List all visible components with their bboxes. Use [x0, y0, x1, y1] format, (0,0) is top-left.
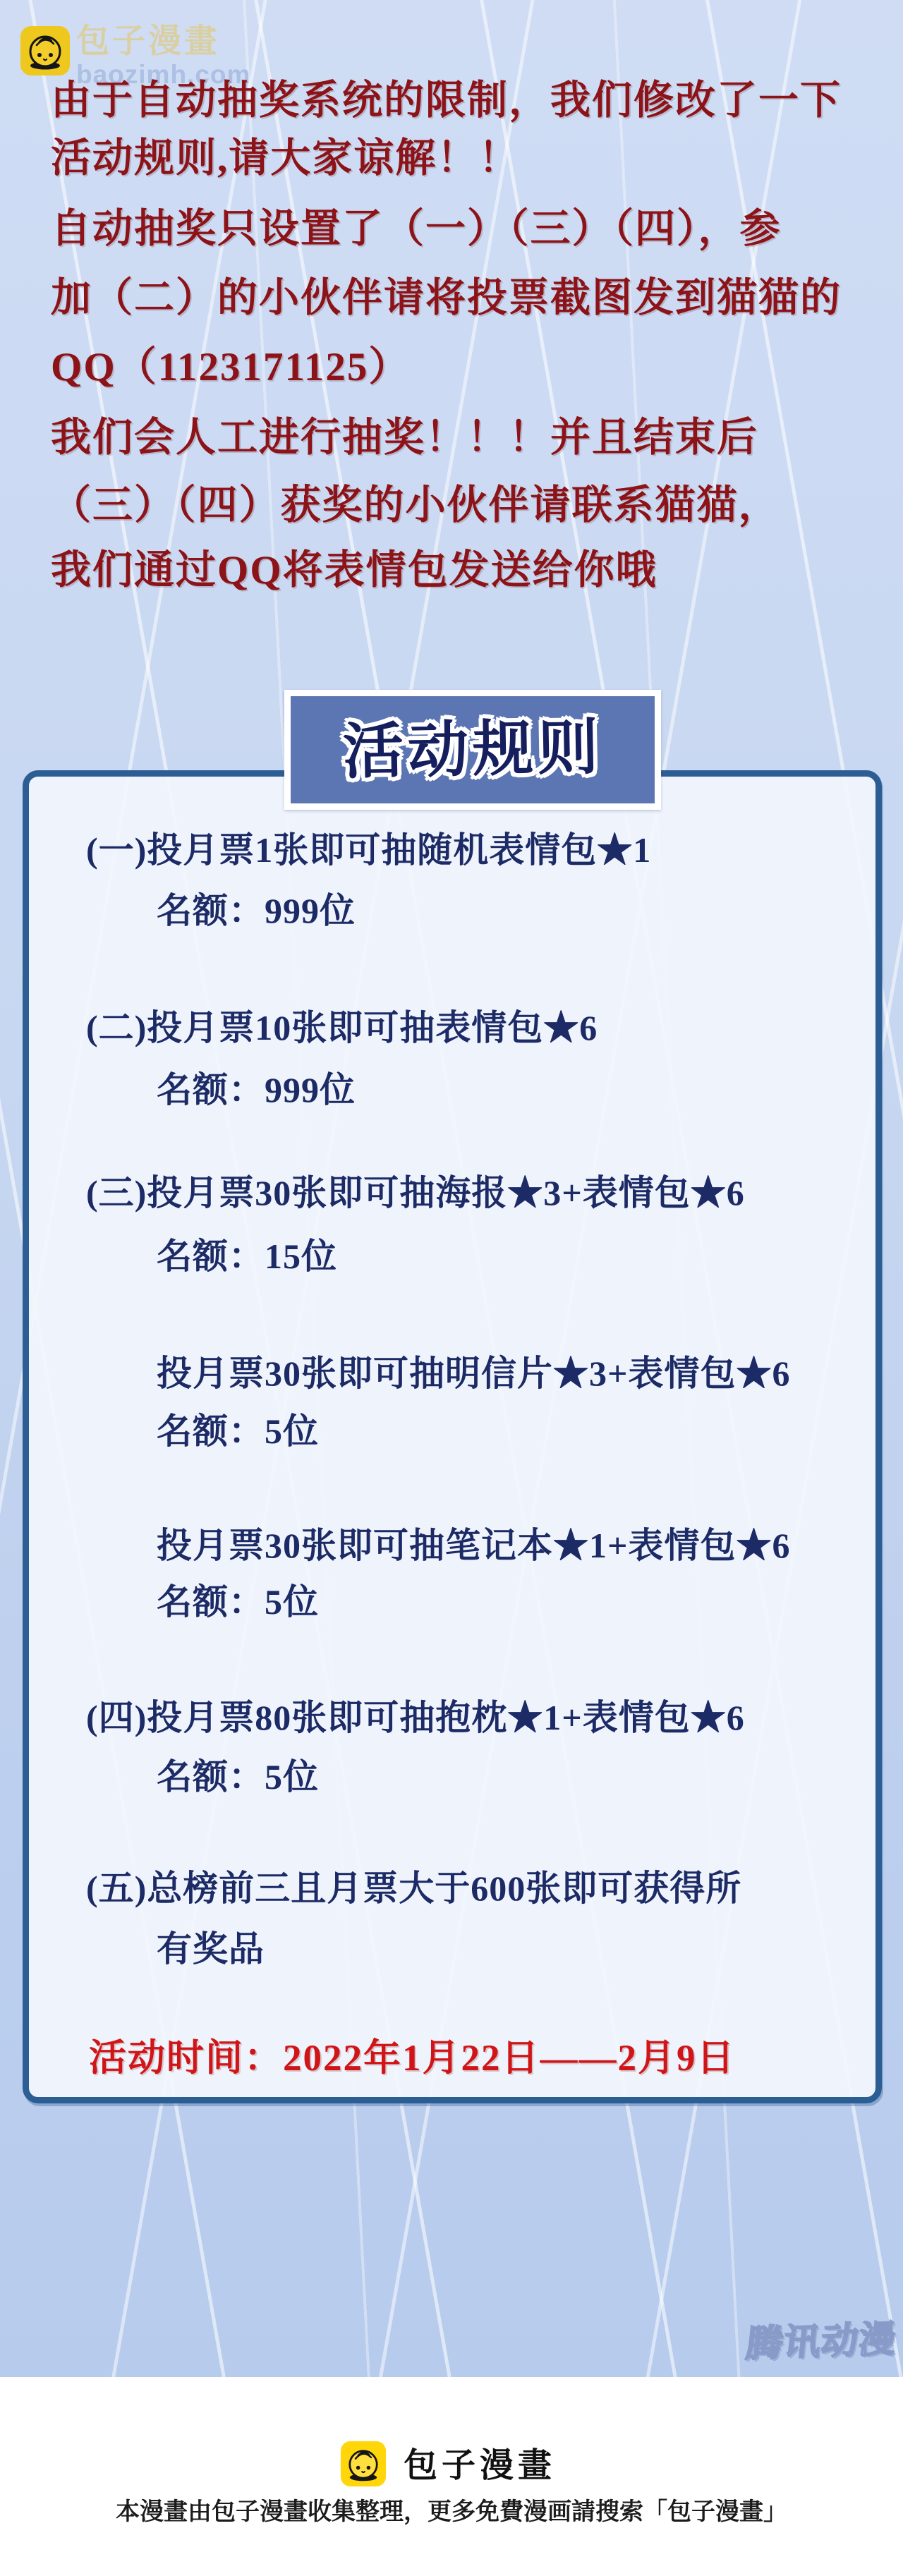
- rule-quota: 名额：999位: [157, 1072, 356, 1107]
- rules-header-box: 活动规则: [284, 690, 661, 810]
- notice-line: 我们会人工进行抽奖！！！并且结束后: [51, 418, 758, 458]
- notice-line: 活动规则,请大家谅解！！: [51, 138, 520, 178]
- tencent-comics-watermark: 腾讯动漫: [744, 2321, 898, 2362]
- notice-line: 我们通过QQ将表情包发送给你哦: [51, 550, 657, 590]
- rule-line: 投月票30张即可抽明信片★3+表情包★6: [157, 1356, 791, 1391]
- rule-line: (三)投月票30张即可抽海报★3+表情包★6: [86, 1175, 745, 1210]
- notice-line: 由于自动抽奖系统的限制，我们修改了一下: [51, 80, 842, 121]
- notice-line-qq: QQ（1123171125）: [51, 347, 410, 387]
- baozi-footer-logo-icon: [340, 2441, 387, 2487]
- rule-quota: 名额：5位: [157, 1759, 319, 1794]
- rule-quota: 名额：15位: [157, 1239, 337, 1274]
- rule-quota: 名额：5位: [157, 1584, 319, 1620]
- rule-quota: 名额：999位: [157, 893, 356, 928]
- announcement-poster: 包子漫畫 baozimh.com 由于自动抽奖系统的限制，我们修改了一下 活动规…: [0, 0, 903, 2576]
- notice-line: （三）（四）获奖的小伙伴请联系猫猫，: [51, 485, 780, 525]
- rule-quota: 名额：5位: [157, 1414, 319, 1449]
- notice-line: 自动抽奖只设置了（一）（三）（四），参: [51, 209, 782, 249]
- rule-line: 有奖品: [157, 1931, 265, 1967]
- brand-watermark-name: 包子漫畫: [76, 24, 250, 57]
- baozi-app-logo-icon: [20, 25, 71, 76]
- rules-header-title: 活动规则: [342, 717, 602, 782]
- footer-brand-name: 包子漫畫: [404, 2449, 556, 2483]
- rule-line: (五)总榜前三且月票大于600张即可获得所: [86, 1871, 741, 1906]
- rule-line: (二)投月票10张即可抽表情包★6: [86, 1010, 598, 1045]
- rule-line: (一)投月票1张即可抽随机表情包★1: [86, 832, 651, 868]
- activity-time: 活动时间：2022年1月22日——2月9日: [89, 2040, 736, 2077]
- notice-line: 加（二）的小伙伴请将投票截图发到猫猫的: [51, 278, 842, 318]
- rule-line: 投月票30张即可抽笔记本★1+表情包★6: [157, 1528, 791, 1563]
- footer-note: 本漫畫由包子漫畫收集整理，更多免費漫画請搜索「包子漫畫」: [0, 2498, 903, 2527]
- rule-line: (四)投月票80张即可抽抱枕★1+表情包★6: [86, 1700, 745, 1735]
